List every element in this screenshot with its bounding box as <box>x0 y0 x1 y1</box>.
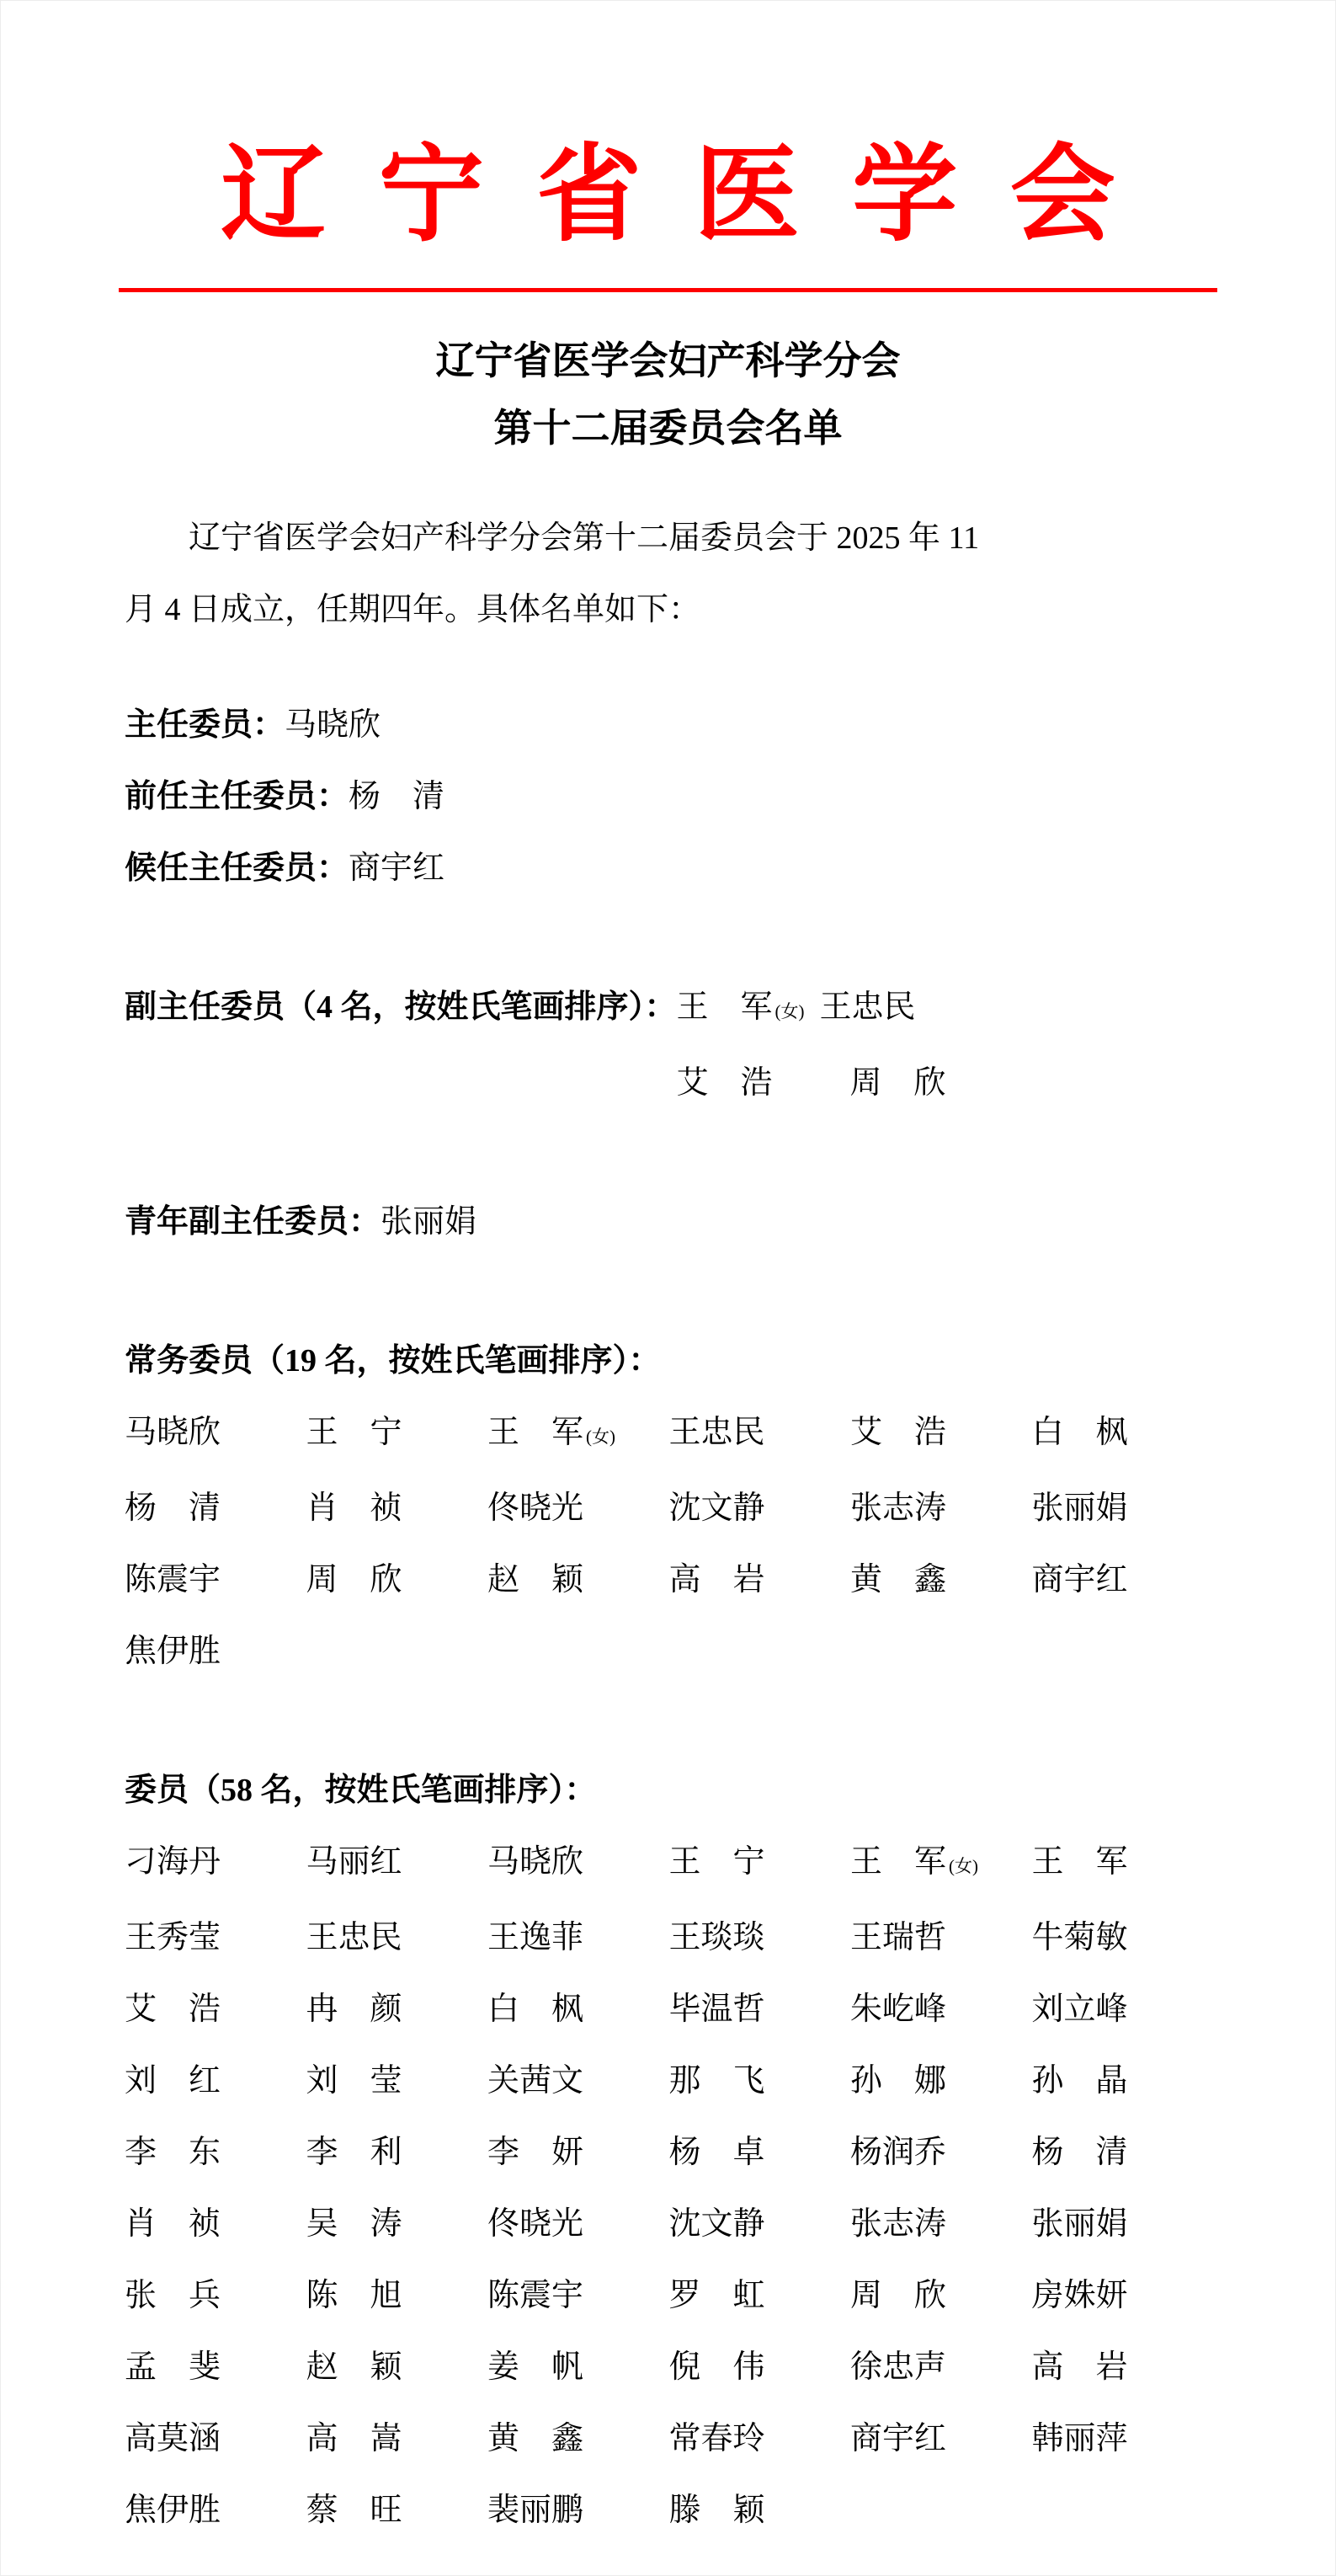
member-name: 那 飞 <box>669 2045 851 2117</box>
members-name-grid: 刁海丹马丽红马晓欣王 宁王 军(女)王 军王秀莹王忠民王逸菲王琰琰王瑞哲牛菊敏艾… <box>125 1827 1213 2547</box>
member-name: 焦伊胜 <box>125 1616 306 1688</box>
member-name-text: 张志涛 <box>850 1491 946 1526</box>
member-name-text: 毕温哲 <box>669 1992 765 2027</box>
member-name: 刁海丹 <box>125 1827 306 1902</box>
standing-committee-name-grid: 马晓欣王 宁王 军(女)王忠民艾 浩白 枫杨 清肖 祯佟晓光沈文静张志涛张丽娟陈… <box>125 1397 1213 1688</box>
former-chairman-label: 前任主任委员： <box>125 779 349 814</box>
member-name-text: 沈文静 <box>669 1491 765 1526</box>
member-name-text: 李 妍 <box>487 2135 583 2170</box>
member-name-text: 孙 晶 <box>1032 2063 1128 2099</box>
member-name: 高 嵩 <box>306 2403 488 2475</box>
member-name: 李 妍 <box>487 2117 669 2189</box>
member-name-text: 张 兵 <box>125 2278 221 2313</box>
member-name: 冉 颜 <box>306 1974 488 2045</box>
member-name-text: 赵 颖 <box>487 1562 583 1597</box>
vice-chairman-label: 副主任委员（4 名，按姓氏笔画排序）： <box>125 972 677 1043</box>
member-name: 刘立峰 <box>1032 1974 1214 2045</box>
youth-vice-chairman-label: 青年副主任委员： <box>125 1204 381 1240</box>
member-name-text: 李 东 <box>125 2135 221 2170</box>
member-name: 杨润乔 <box>850 2117 1032 2189</box>
member-name: 孙 娜 <box>850 2045 1032 2117</box>
member-name-text: 冉 颜 <box>306 1992 402 2027</box>
member-name: 王 宁 <box>306 1397 488 1473</box>
member-name-text: 白 枫 <box>1032 1415 1128 1450</box>
member-name-text: 马晓欣 <box>487 1844 583 1880</box>
member-name-text: 那 飞 <box>669 2063 765 2099</box>
name-row: 张 兵陈 旭陈震宇罗 虹周 欣房姝妍 <box>125 2260 1213 2332</box>
name-row: 王秀莹王忠民王逸菲王琰琰王瑞哲牛菊敏 <box>125 1902 1213 1974</box>
member-name: 常春玲 <box>669 2403 851 2475</box>
standing-committee-section: 常务委员（19 名，按姓氏笔画排序）： 马晓欣王 宁王 军(女)王忠民艾 浩白 … <box>125 1325 1213 1688</box>
member-name: 王忠民 <box>669 1397 851 1473</box>
member-name: 王瑞哲 <box>850 1902 1032 1974</box>
leadership-section: 主任委员：马晓欣 前任主任委员：杨 清 候任主任委员：商宇红 <box>125 690 1213 904</box>
member-name-text: 杨 清 <box>1032 2135 1128 2170</box>
member-name-text: 艾 浩 <box>850 1415 946 1450</box>
member-name: 王忠民 <box>306 1902 488 1974</box>
document-page: 辽宁省医学会 辽宁省医学会妇产科学分会 第十二届委员会名单 辽宁省医学会妇产科学… <box>0 0 1336 2576</box>
vice-chairman-names: 王 军(女)王忠民艾 浩周 欣 <box>677 972 946 1119</box>
member-name-text: 孟 斐 <box>125 2349 221 2385</box>
member-name-text: 王秀莹 <box>125 1920 221 1955</box>
member-name: 黄 鑫 <box>487 2403 669 2475</box>
chairman-line: 主任委员：马晓欣 <box>125 690 1213 761</box>
member-name-text: 徐忠声 <box>850 2349 946 2385</box>
member-name: 孙 晶 <box>1032 2045 1214 2117</box>
member-name: 陈震宇 <box>487 2260 669 2332</box>
name-row: 刘 红刘 莹关茜文那 飞孙 娜孙 晶 <box>125 2045 1213 2117</box>
female-marker: (女) <box>949 1856 978 1876</box>
member-name-text: 刘立峰 <box>1032 1992 1128 2027</box>
member-name: 王忠民 <box>820 972 916 1048</box>
member-name: 杨 卓 <box>669 2117 851 2189</box>
member-name: 徐忠声 <box>850 2332 1032 2403</box>
member-name: 高 岩 <box>669 1544 851 1616</box>
member-name: 陈震宇 <box>125 1544 306 1616</box>
member-name: 王 军(女) <box>487 1397 669 1473</box>
member-name: 赵 颖 <box>487 1544 669 1616</box>
member-name-text: 孙 娜 <box>850 2063 946 2099</box>
member-name-text: 王 宁 <box>306 1415 402 1450</box>
member-name-text: 王瑞哲 <box>850 1920 946 1955</box>
chairman-name: 马晓欣 <box>285 707 381 743</box>
member-name-text: 关茜文 <box>487 2063 583 2099</box>
member-name-text: 倪 伟 <box>669 2349 765 2385</box>
member-name: 张丽娟 <box>1032 1473 1214 1544</box>
youth-vice-chairman-name: 张丽娟 <box>381 1204 476 1240</box>
member-name-text: 裴丽鹏 <box>487 2493 583 2528</box>
name-row: 杨 清肖 祯佟晓光沈文静张志涛张丽娟 <box>125 1473 1213 1544</box>
name-row: 肖 祯吴 涛佟晓光沈文静张志涛张丽娟 <box>125 2189 1213 2260</box>
member-name-text: 王 军 <box>1032 1844 1128 1880</box>
member-name-text: 周 欣 <box>850 2278 946 2313</box>
member-name: 商宇红 <box>850 2403 1032 2475</box>
name-row: 焦伊胜 <box>125 1616 1213 1688</box>
standing-committee-header: 常务委员（19 名，按姓氏笔画排序）： <box>125 1325 1213 1397</box>
document-title-line-1: 辽宁省医学会妇产科学分会 <box>1 328 1335 395</box>
member-name-text: 佟晓光 <box>487 1491 583 1526</box>
member-name: 吴 涛 <box>306 2189 488 2260</box>
member-name-text: 杨 清 <box>125 1491 221 1526</box>
member-name: 陈 旭 <box>306 2260 488 2332</box>
member-name: 焦伊胜 <box>125 2475 306 2547</box>
member-name-text: 赵 颖 <box>306 2349 402 2385</box>
member-name-text: 王琰琰 <box>669 1920 765 1955</box>
member-name: 白 枫 <box>487 1974 669 2045</box>
chairman-elect-line: 候任主任委员：商宇红 <box>125 833 1213 904</box>
member-name: 沈文静 <box>669 2189 851 2260</box>
vice-chairman-line: 副主任委员（4 名，按姓氏笔画排序）： 王 军(女)王忠民艾 浩周 欣 <box>125 972 1213 1119</box>
member-name: 王琰琰 <box>669 1902 851 1974</box>
member-name-text: 朱屹峰 <box>850 1992 946 2027</box>
member-name-text: 刘 莹 <box>306 2063 402 2099</box>
name-row: 高莫涵高 嵩黄 鑫常春玲商宇红韩丽萍 <box>125 2403 1213 2475</box>
member-name: 马晓欣 <box>487 1827 669 1902</box>
member-name-text: 黄 鑫 <box>850 1562 946 1597</box>
member-name-text: 王 军 <box>487 1415 583 1450</box>
member-name-text: 高 嵩 <box>306 2421 402 2456</box>
member-name: 高 岩 <box>1032 2332 1214 2403</box>
member-name: 张志涛 <box>850 1473 1032 1544</box>
member-name: 刘 红 <box>125 2045 306 2117</box>
member-name-text: 商宇红 <box>850 2421 946 2456</box>
member-name-text: 杨润乔 <box>850 2135 946 2170</box>
member-name: 马丽红 <box>306 1827 488 1902</box>
member-name-text: 焦伊胜 <box>125 2493 221 2528</box>
member-name: 佟晓光 <box>487 1473 669 1544</box>
member-name: 杨 清 <box>1032 2117 1214 2189</box>
name-row: 李 东李 利李 妍杨 卓杨润乔杨 清 <box>125 2117 1213 2189</box>
member-name: 裴丽鹏 <box>487 2475 669 2547</box>
member-name: 白 枫 <box>1032 1397 1214 1473</box>
member-name-text: 焦伊胜 <box>125 1634 221 1669</box>
member-name-text: 王 军 <box>677 989 773 1025</box>
members-section: 委员（58 名，按姓氏笔画排序）： 刁海丹马丽红马晓欣王 宁王 军(女)王 军王… <box>125 1755 1213 2547</box>
member-name-text: 王 宁 <box>669 1844 765 1880</box>
member-name-text: 牛菊敏 <box>1032 1920 1128 1955</box>
member-name-text: 艾 浩 <box>677 1065 773 1101</box>
member-name: 蔡 旺 <box>306 2475 488 2547</box>
intro-line-1: 辽宁省医学会妇产科学分会第十二届委员会于 2025 年 11 <box>125 503 1213 574</box>
member-name: 王 军 <box>1032 1827 1214 1902</box>
member-name-text: 沈文静 <box>669 2206 765 2242</box>
member-name: 杨 清 <box>125 1473 306 1544</box>
member-name-text: 刘 红 <box>125 2063 221 2099</box>
member-name-text: 韩丽萍 <box>1032 2421 1128 2456</box>
member-name-text: 高 岩 <box>669 1562 765 1597</box>
member-name: 黄 鑫 <box>850 1544 1032 1616</box>
member-name: 佟晓光 <box>487 2189 669 2260</box>
female-marker: (女) <box>586 1427 615 1447</box>
youth-vice-chairman-section: 青年副主任委员：张丽娟 <box>125 1187 1213 1258</box>
member-name: 艾 浩 <box>125 1974 306 2045</box>
member-name: 孟 斐 <box>125 2332 306 2403</box>
member-name: 李 利 <box>306 2117 488 2189</box>
member-name: 肖 祯 <box>125 2189 306 2260</box>
member-name-text: 王逸菲 <box>487 1920 583 1955</box>
member-name: 刘 莹 <box>306 2045 488 2117</box>
member-name-text: 王 军 <box>850 1844 946 1880</box>
member-name: 罗 虹 <box>669 2260 851 2332</box>
document-body: 辽宁省医学会妇产科学分会第十二届委员会于 2025 年 11 月 4 日成立，任… <box>125 503 1213 2547</box>
name-row: 焦伊胜蔡 旺裴丽鹏滕 颖 <box>125 2475 1213 2547</box>
member-name: 韩丽萍 <box>1032 2403 1214 2475</box>
former-chairman-name: 杨 清 <box>349 779 444 814</box>
member-name: 王秀莹 <box>125 1902 306 1974</box>
member-name: 李 东 <box>125 2117 306 2189</box>
member-name-text: 张志涛 <box>850 2206 946 2242</box>
member-name-text: 姜 帆 <box>487 2349 583 2385</box>
member-name-text: 周 欣 <box>850 1065 946 1101</box>
member-name: 商宇红 <box>1032 1544 1214 1616</box>
member-name-text: 肖 祯 <box>125 2206 221 2242</box>
member-name: 关茜文 <box>487 2045 669 2117</box>
letterhead-divider-line <box>119 288 1217 292</box>
member-name-text: 李 利 <box>306 2135 402 2170</box>
member-name-text: 王忠民 <box>820 989 916 1025</box>
member-name: 牛菊敏 <box>1032 1902 1214 1974</box>
document-title-line-2: 第十二届委员会名单 <box>1 395 1335 462</box>
member-name-text: 王忠民 <box>306 1920 402 1955</box>
member-name: 姜 帆 <box>487 2332 669 2403</box>
member-name: 艾 浩 <box>850 1397 1032 1473</box>
members-header: 委员（58 名，按姓氏笔画排序）： <box>125 1755 1213 1827</box>
member-name-text: 杨 卓 <box>669 2135 765 2170</box>
member-name-text: 黄 鑫 <box>487 2421 583 2456</box>
member-name-text: 常春玲 <box>669 2421 765 2456</box>
member-name: 高莫涵 <box>125 2403 306 2475</box>
member-name: 周 欣 <box>850 1048 946 1119</box>
member-name: 周 欣 <box>306 1544 488 1616</box>
member-name-text: 蔡 旺 <box>306 2493 402 2528</box>
member-name-text: 房姝妍 <box>1032 2278 1128 2313</box>
name-row: 王 军(女)王忠民 <box>677 972 946 1048</box>
member-name-text: 陈震宇 <box>125 1562 221 1597</box>
member-name-text: 周 欣 <box>306 1562 402 1597</box>
member-name: 王 宁 <box>669 1827 851 1902</box>
member-name-text: 吴 涛 <box>306 2206 402 2242</box>
member-name: 张志涛 <box>850 2189 1032 2260</box>
member-name: 王 军(女) <box>677 972 805 1048</box>
member-name: 沈文静 <box>669 1473 851 1544</box>
intro-paragraph: 辽宁省医学会妇产科学分会第十二届委员会于 2025 年 11 月 4 日成立，任… <box>125 503 1213 646</box>
member-name-text: 罗 虹 <box>669 2278 765 2313</box>
member-name-text: 滕 颖 <box>669 2493 765 2528</box>
member-name: 滕 颖 <box>669 2475 851 2547</box>
name-row: 艾 浩周 欣 <box>677 1048 946 1119</box>
member-name-text: 艾 浩 <box>125 1992 221 2027</box>
chairman-elect-name: 商宇红 <box>349 851 444 886</box>
member-name: 张丽娟 <box>1032 2189 1214 2260</box>
member-name-text: 佟晓光 <box>487 2206 583 2242</box>
member-name: 艾 浩 <box>677 1048 773 1119</box>
member-name-text: 陈 旭 <box>306 2278 402 2313</box>
name-row: 马晓欣王 宁王 军(女)王忠民艾 浩白 枫 <box>125 1397 1213 1473</box>
chairman-label: 主任委员： <box>125 707 285 743</box>
name-row: 艾 浩冉 颜白 枫毕温哲朱屹峰刘立峰 <box>125 1974 1213 2045</box>
letterhead-org-title: 辽宁省医学会 <box>1 1 1335 266</box>
member-name-text: 高 岩 <box>1032 2349 1128 2385</box>
member-name: 肖 祯 <box>306 1473 488 1544</box>
chairman-elect-label: 候任主任委员： <box>125 851 349 886</box>
member-name-text: 刁海丹 <box>125 1844 221 1880</box>
member-name-text: 马丽红 <box>306 1844 402 1880</box>
member-name-text: 陈震宇 <box>487 2278 583 2313</box>
member-name: 张 兵 <box>125 2260 306 2332</box>
vice-chairman-section: 副主任委员（4 名，按姓氏笔画排序）： 王 军(女)王忠民艾 浩周 欣 <box>125 972 1213 1119</box>
member-name-text: 王忠民 <box>669 1415 765 1450</box>
name-row: 刁海丹马丽红马晓欣王 宁王 军(女)王 军 <box>125 1827 1213 1902</box>
member-name: 周 欣 <box>850 2260 1032 2332</box>
female-marker: (女) <box>775 1001 805 1021</box>
member-name-text: 白 枫 <box>487 1992 583 2027</box>
former-chairman-line: 前任主任委员：杨 清 <box>125 761 1213 833</box>
member-name-text: 高莫涵 <box>125 2421 221 2456</box>
member-name: 王逸菲 <box>487 1902 669 1974</box>
member-name: 王 军(女) <box>850 1827 1032 1902</box>
name-row: 陈震宇周 欣赵 颖高 岩黄 鑫商宇红 <box>125 1544 1213 1616</box>
member-name: 朱屹峰 <box>850 1974 1032 2045</box>
member-name-text: 商宇红 <box>1032 1562 1128 1597</box>
member-name-text: 肖 祯 <box>306 1491 402 1526</box>
intro-line-2: 月 4 日成立，任期四年。具体名单如下： <box>125 574 1213 646</box>
member-name: 倪 伟 <box>669 2332 851 2403</box>
member-name: 毕温哲 <box>669 1974 851 2045</box>
member-name: 赵 颖 <box>306 2332 488 2403</box>
document-title: 辽宁省医学会妇产科学分会 第十二届委员会名单 <box>1 328 1335 462</box>
member-name: 马晓欣 <box>125 1397 306 1473</box>
youth-vice-chairman-line: 青年副主任委员：张丽娟 <box>125 1187 1213 1258</box>
member-name-text: 马晓欣 <box>125 1415 221 1450</box>
member-name: 房姝妍 <box>1032 2260 1214 2332</box>
member-name-text: 张丽娟 <box>1032 2206 1128 2242</box>
name-row: 孟 斐赵 颖姜 帆倪 伟徐忠声高 岩 <box>125 2332 1213 2403</box>
member-name-text: 张丽娟 <box>1032 1491 1128 1526</box>
